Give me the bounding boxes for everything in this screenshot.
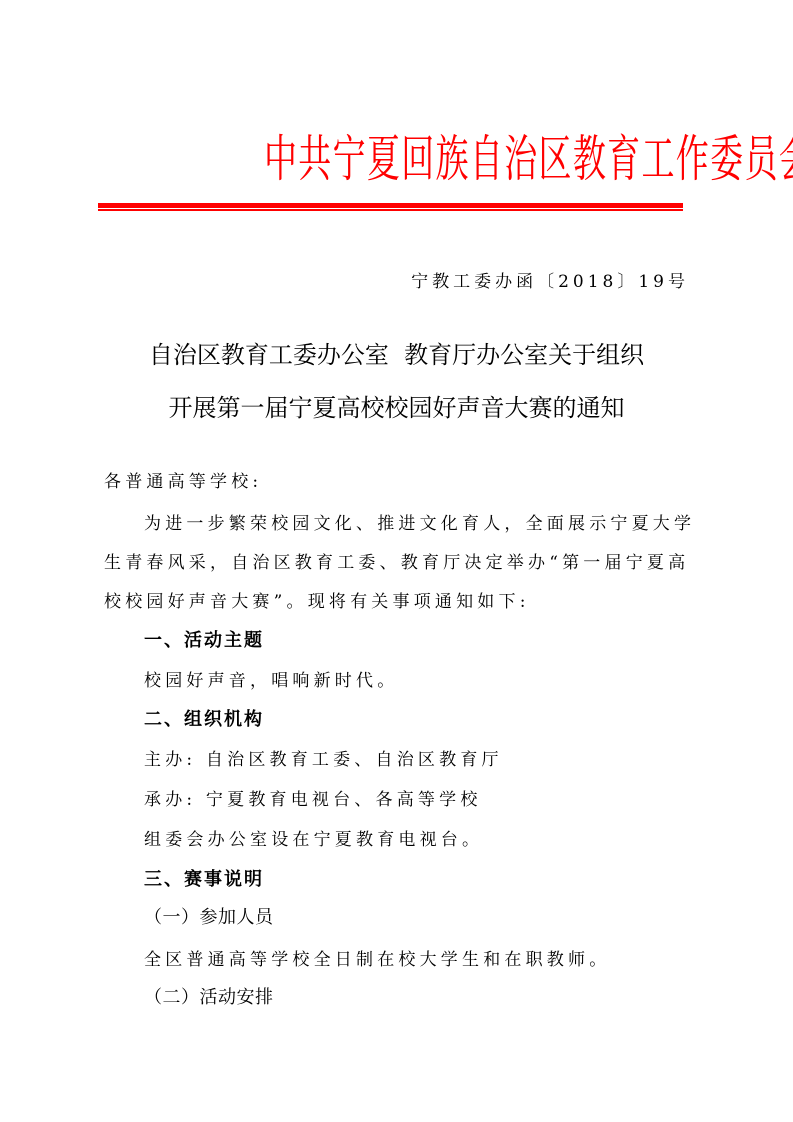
masthead-organization: 中共宁夏回族自治区教育工作委员会办公室 <box>264 128 793 190</box>
subsection-heading-arrangements: （二）活动安排 <box>144 986 274 1010</box>
section-heading-competition: 三、赛事说明 <box>144 868 264 892</box>
document-number: 宁教工委办函〔2018〕19号 <box>411 270 689 294</box>
masthead: 中共宁夏回族自治区教育工作委员会办公室 <box>96 128 696 190</box>
section-text: 主办: 自治区教育工委、自治区教育厅 <box>144 748 503 772</box>
intro-line: 生青春风采，自治区教育工委、教育厅决定举办“第一届宁夏高 <box>104 551 689 575</box>
document-title-line-1: 自治区教育工委办公室 教育厅办公室关于组织 <box>0 340 793 370</box>
section-heading-organization: 二、组织机构 <box>144 708 264 732</box>
salutation: 各普通高等学校: <box>104 470 262 494</box>
masthead-rule-thin <box>98 209 683 211</box>
intro-line: 为进一步繁荣校园文化、推进文化育人，全面展示宁夏大学 <box>144 512 695 536</box>
section-heading-theme: 一、活动主题 <box>144 629 264 653</box>
section-text: 组委会办公室设在宁夏教育电视台。 <box>144 828 483 852</box>
section-text: 校园好声音，唱响新时代。 <box>144 669 398 693</box>
document-page: 中共宁夏回族自治区教育工作委员会办公室 宁教工委办函〔2018〕19号 自治区教… <box>0 0 793 1122</box>
intro-line: 校校园好声音大赛”。现将有关事项通知如下: <box>104 590 530 614</box>
section-text: 承办: 宁夏教育电视台、各高等学校 <box>144 788 482 812</box>
subsection-heading-participants: （一）参加人员 <box>144 906 274 930</box>
document-title-line-2: 开展第一届宁夏高校校园好声音大赛的通知 <box>0 393 793 423</box>
section-text: 全区普通高等学校全日制在校大学生和在职教师。 <box>144 948 610 972</box>
masthead-rule-thick <box>98 203 683 208</box>
